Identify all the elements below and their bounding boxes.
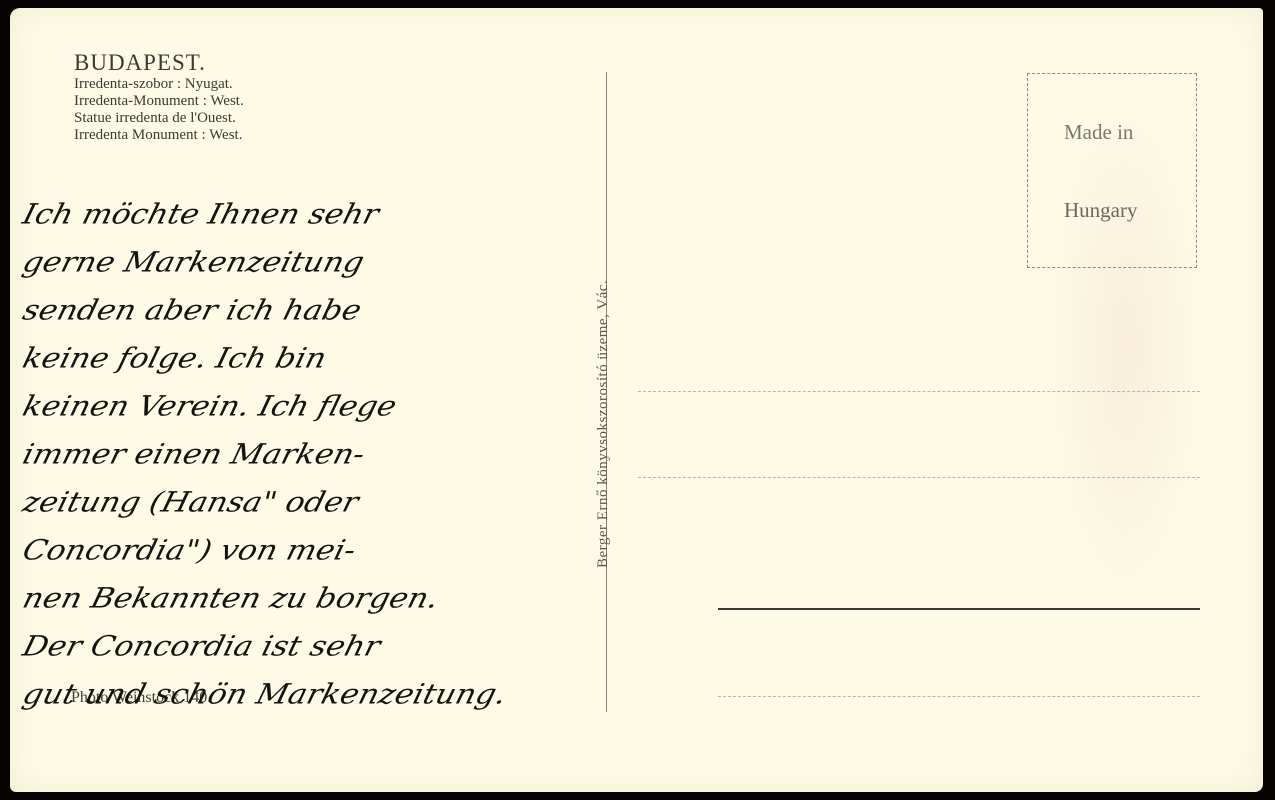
handwritten-line: gerne Markenzeitung [18,241,989,284]
caption-line-english: Irredenta Monument : West. [74,127,244,144]
handwritten-line: keinen Verein. Ich flege [18,385,989,428]
handwritten-line: keine folge. Ich bin [18,337,989,380]
handwritten-line: zeitung (Hansa" oder [18,481,989,524]
handwritten-line: immer einen Marken- [18,433,989,476]
handwritten-message: Ich möchte Ihnen sehr gerne Markenzeitun… [18,188,978,716]
handwritten-line: Der Concordia ist sehr [18,625,989,668]
handwritten-line: Ich möchte Ihnen sehr [18,193,989,236]
caption-line-hungarian: Irredenta-szobor : Nyugat. [74,76,244,93]
stamp-box-country: Hungary [1064,198,1137,223]
caption-city: BUDAPEST. [74,50,244,76]
handwritten-line: senden aber ich habe [18,289,989,332]
stamp-box: Made in Hungary [1027,73,1197,268]
postcard-caption: BUDAPEST. Irredenta-szobor : Nyugat. Irr… [74,50,244,144]
caption-line-french: Statue irredenta de l'Ouest. [74,110,244,127]
handwritten-line: nen Bekannten zu borgen. [18,577,989,620]
caption-line-german: Irredenta-Monument : West. [74,93,244,110]
stamp-box-made-in: Made in [1064,120,1133,145]
handwritten-line: gut und schön Markenzeitung. [18,673,989,716]
handwritten-line: Concordia") von mei- [18,529,989,572]
